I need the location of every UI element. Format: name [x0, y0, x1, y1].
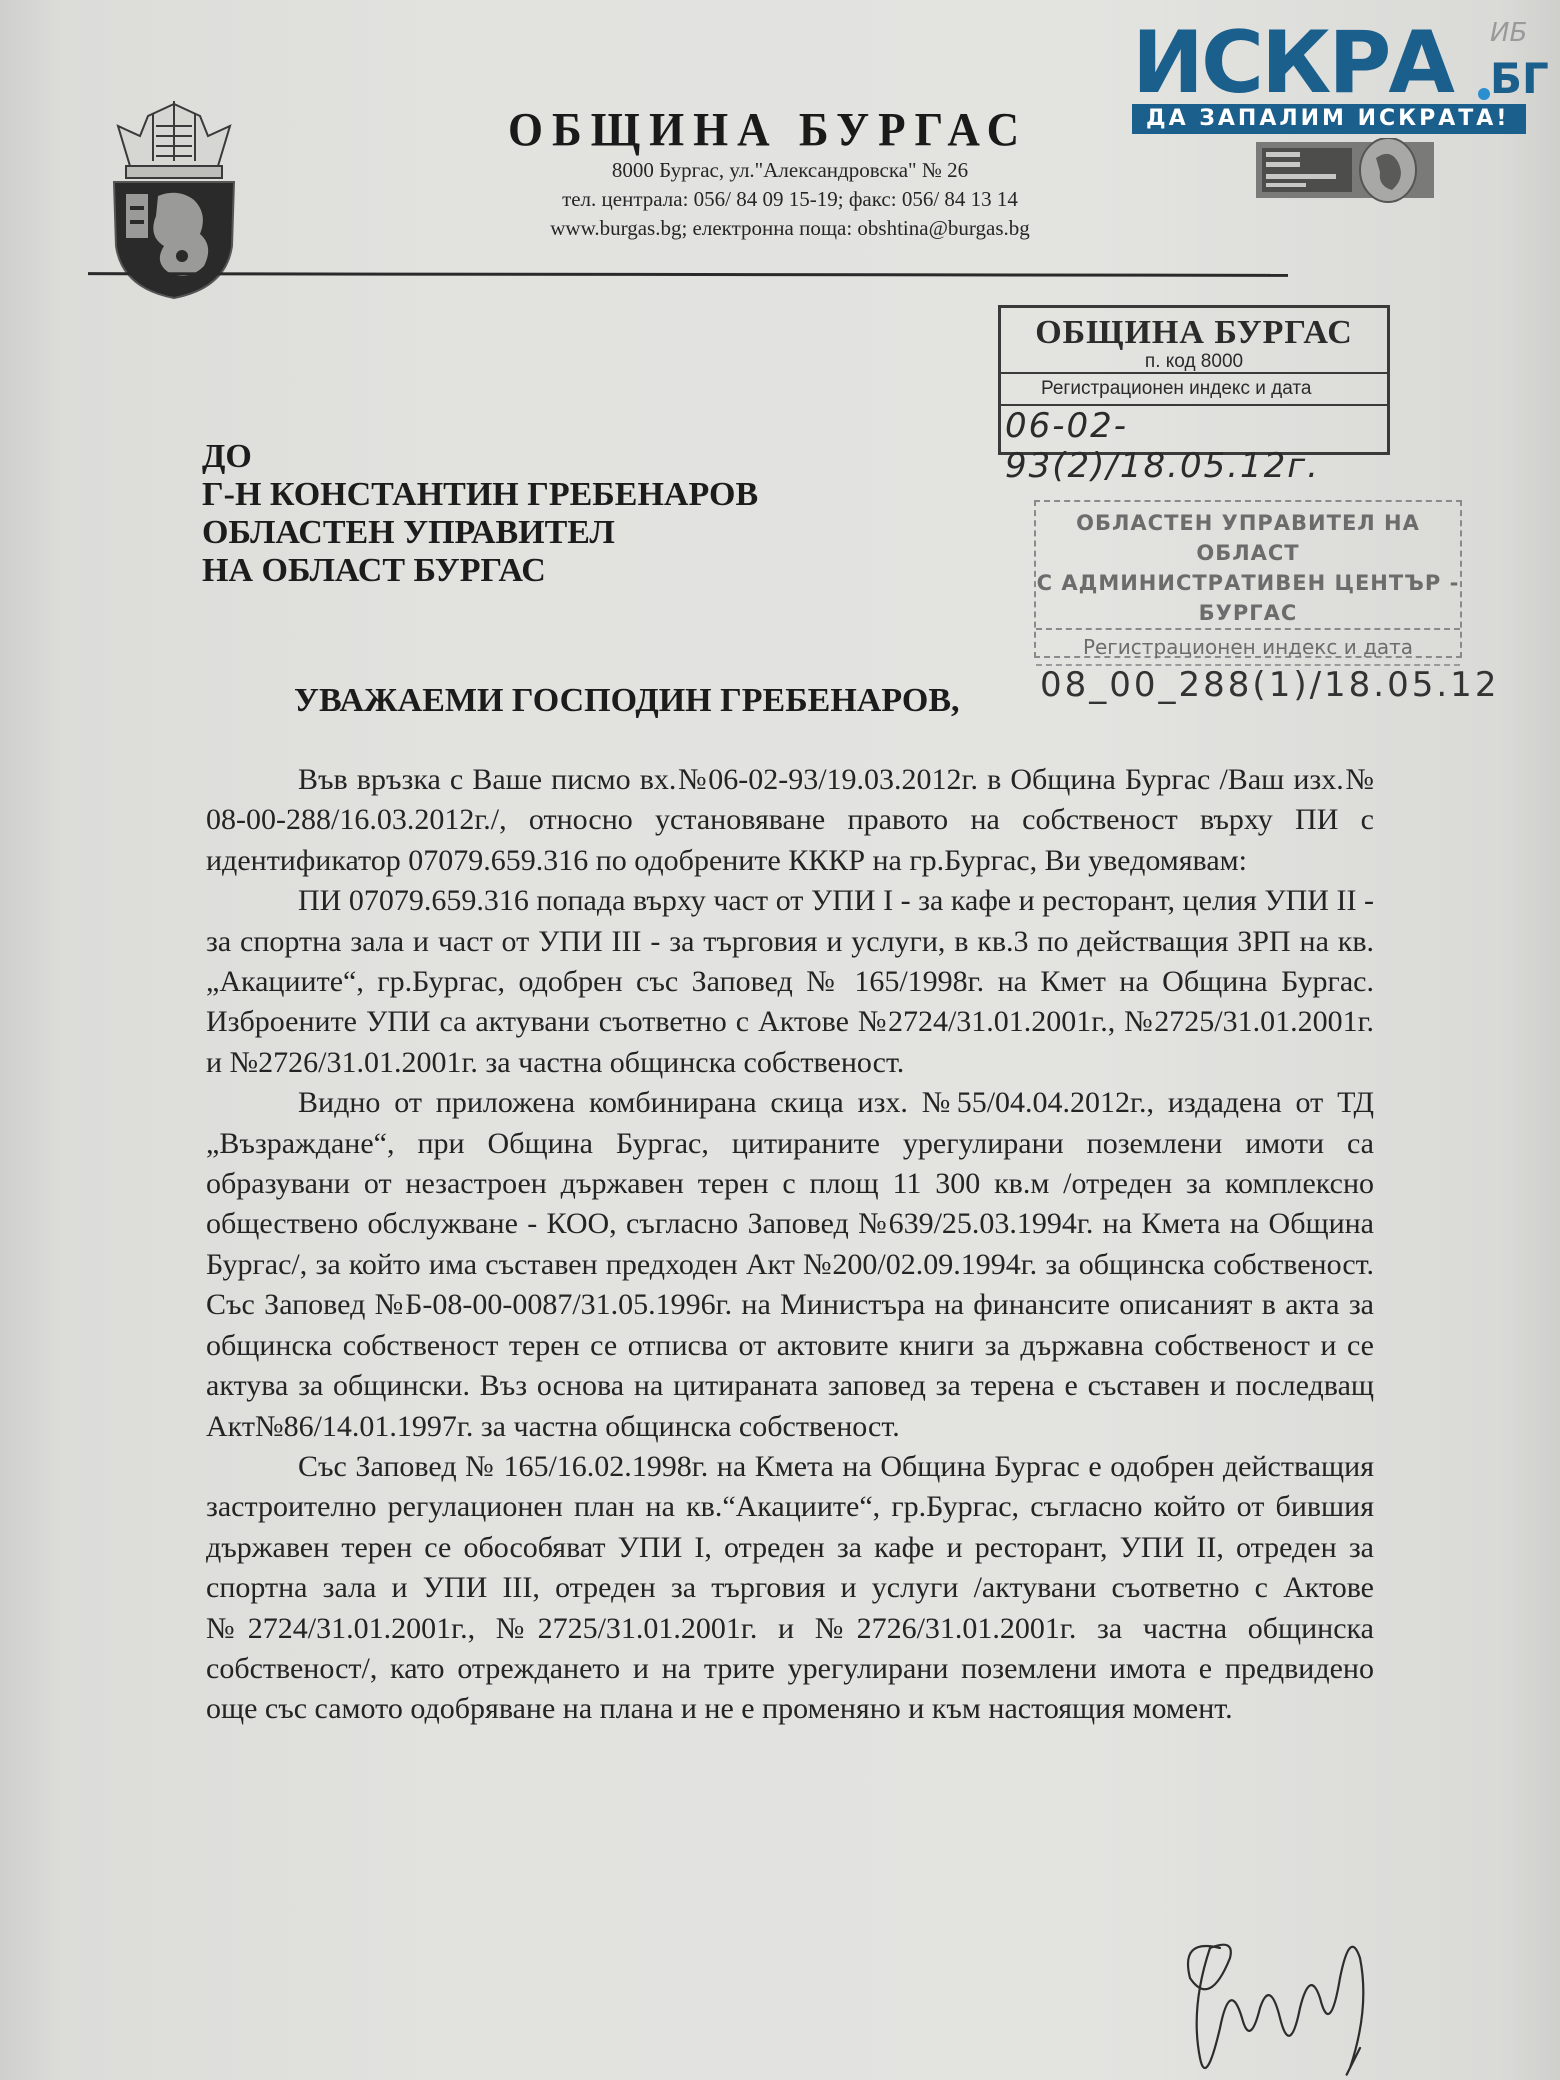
- body-paragraph: ПИ 07079.659.316 попада върху част от УП…: [206, 881, 1374, 1083]
- logo-wordmark: ИСКРА: [1132, 18, 1452, 108]
- burgas-coat-of-arms-icon: [108, 96, 240, 301]
- stamp-registration-entry: 08_00_288(1)/18.05.12: [1036, 664, 1460, 704]
- organization-title: ОБЩИНА БУРГАС: [508, 103, 1028, 158]
- iskra-bg-logo: ИСКРА БГ ДА ЗАПАЛИМ ИСКРАТА!: [1128, 24, 1538, 134]
- stamp-title: ОБЛАСТЕН УПРАВИТЕЛ НА ОБЛАСТ С АДМИНИСТР…: [1036, 508, 1460, 628]
- header-divider: [88, 272, 1288, 277]
- recipient-line: НА ОБЛАСТ БУРГАС: [202, 552, 758, 590]
- iso-certification-badge-icon: [1256, 138, 1434, 204]
- recipient-line: ОБЛАСТЕН УПРАВИТЕЛ: [202, 514, 758, 552]
- body-paragraph: Със Заповед № 165/16.02.1998г. на Кмета …: [206, 1447, 1374, 1730]
- body-paragraph: Видно от приложена комбинирана скица изх…: [206, 1083, 1374, 1447]
- address-line: 8000 Бургас, ул."Александровска" № 26: [470, 156, 1110, 185]
- web-email-line: www.burgas.bg; електронна поща: obshtina…: [470, 214, 1110, 243]
- recipient-line: Г-Н КОНСТАНТИН ГРЕБЕНАРОВ: [202, 476, 758, 514]
- organization-contacts: 8000 Бургас, ул."Александровска" № 26 те…: [470, 156, 1110, 243]
- logo-dot-icon: [1478, 88, 1490, 100]
- logo-tld: БГ: [1490, 54, 1549, 103]
- handwritten-signature-icon: [1150, 1918, 1410, 2080]
- salutation: УВАЖАЕМИ ГОСПОДИН ГРЕБЕНАРОВ,: [294, 682, 960, 720]
- recipient-block: ДО Г-Н КОНСТАНТИН ГРЕБЕНАРОВ ОБЛАСТЕН УП…: [202, 438, 758, 590]
- stamp-title: ОБЩИНА БУРГАС: [1001, 314, 1387, 352]
- recipient-line: ДО: [202, 438, 758, 476]
- phone-line: тел. централа: 056/ 84 09 15-19; факс: 0…: [470, 185, 1110, 214]
- corner-handwritten-mark: ИБ: [1490, 18, 1527, 48]
- letter-body: Във връзка с Ваше писмо вх.№06-02-93/19.…: [206, 760, 1374, 1730]
- body-paragraph: Във връзка с Ваше писмо вх.№06-02-93/19.…: [206, 760, 1374, 881]
- governor-registration-stamp: ОБЛАСТЕН УПРАВИТЕЛ НА ОБЛАСТ С АДМИНИСТР…: [1034, 500, 1462, 658]
- stamp-label: Регистрационен индекс и дата: [1001, 372, 1387, 404]
- logo-tagline: ДА ЗАПАЛИМ ИСКРАТА!: [1132, 104, 1526, 134]
- stamp-postal-code: п. код 8000: [1001, 352, 1387, 372]
- stamp-label: Регистрационен индекс и дата: [1036, 628, 1460, 664]
- municipality-registration-stamp: ОБЩИНА БУРГАС п. код 8000 Регистрационен…: [998, 305, 1390, 455]
- stamp-registration-entry: 06-02-93(2)/18.05.12г.: [1001, 404, 1387, 486]
